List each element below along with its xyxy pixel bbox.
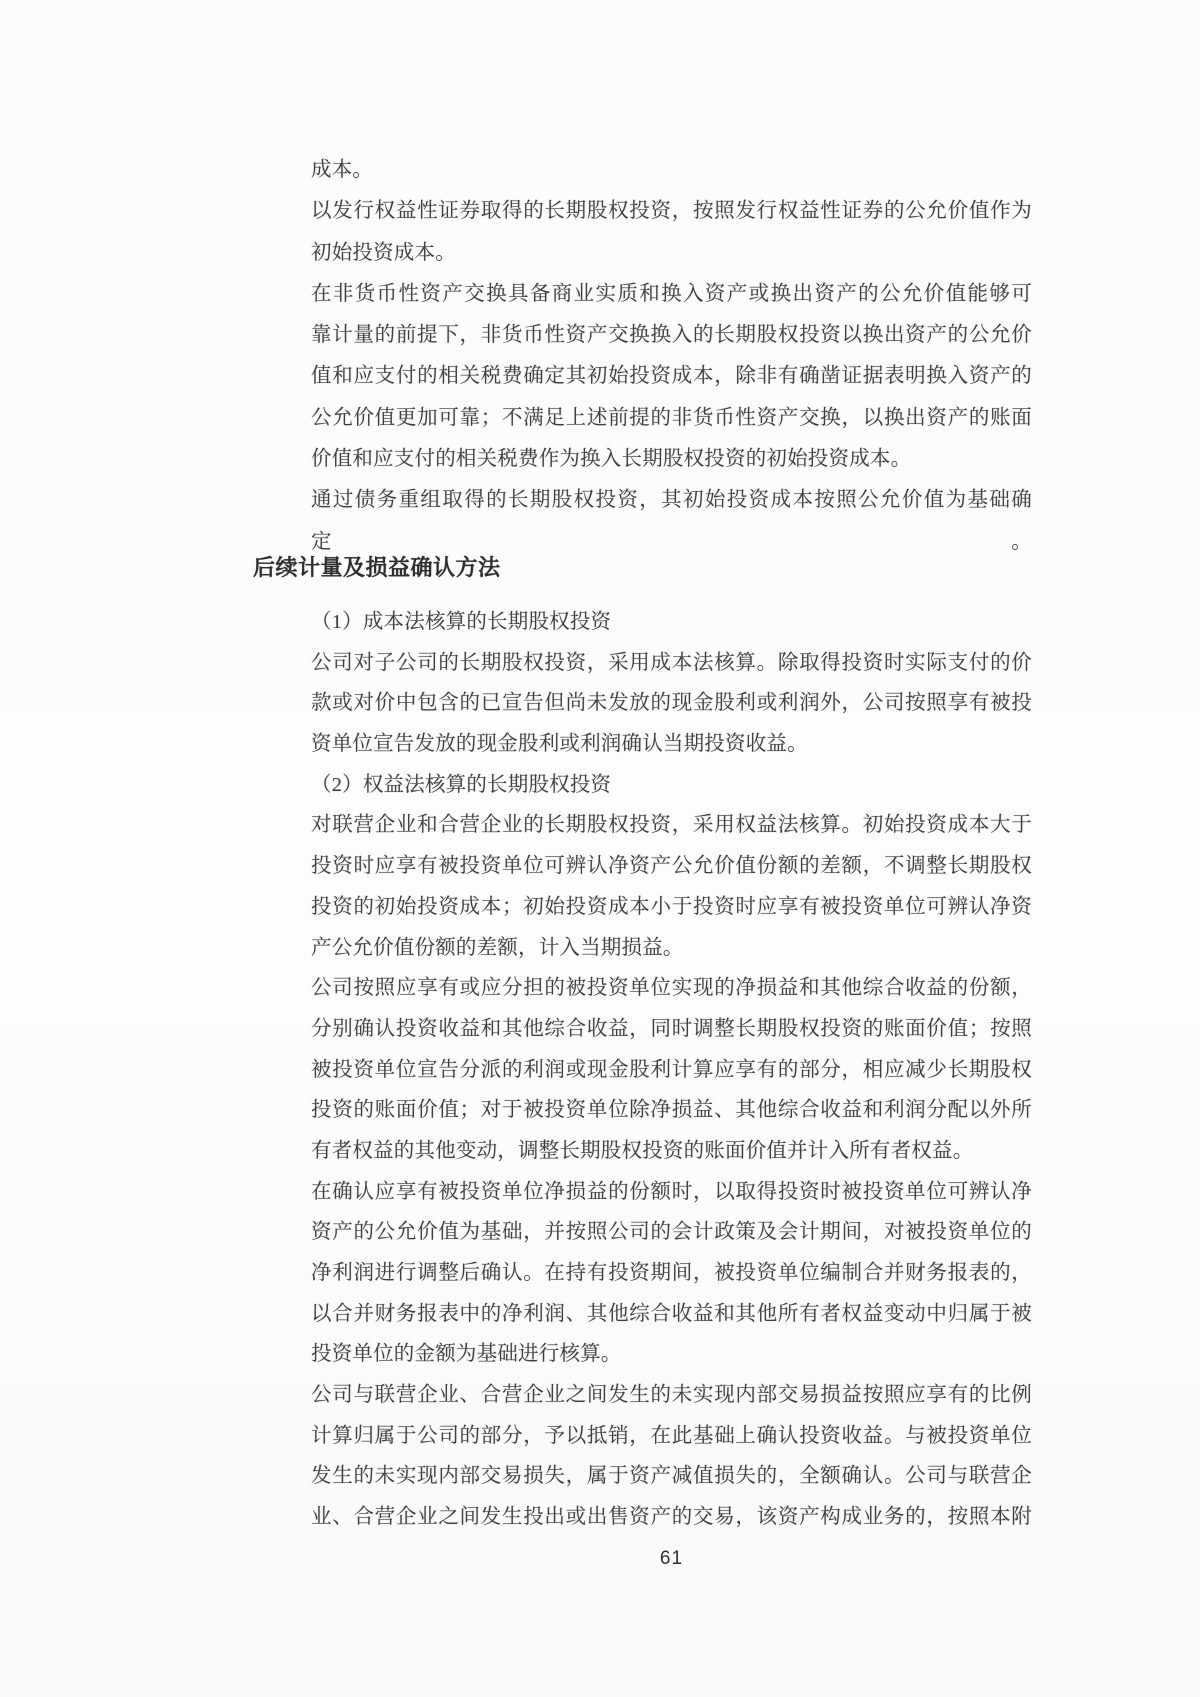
text-line: 价值和应支付的相关税费作为换入长期股权投资的初始投资成本。	[311, 439, 1032, 480]
text-line: 被投资单位宣告分派的利润或现金股利计算应享有的部分，相应减少长期股权	[311, 1050, 1032, 1091]
numbered-item: （2）权益法核算的长期股权投资	[311, 765, 1032, 806]
text-line: 发生的未实现内部交易损失，属于资产减值损失的，全额确认。公司与联营企	[311, 1456, 1032, 1497]
text-line: 资单位宣告发放的现金股利或利润确认当期投资收益。	[311, 724, 1032, 765]
text-line: 净利润进行调整后确认。在持有投资期间，被投资单位编制合并财务报表的，	[311, 1253, 1032, 1294]
text-line: 以发行权益性证券取得的长期股权投资，按照发行权益性证券的公允价值作为	[311, 191, 1032, 232]
text-line: （1）成本法核算的长期股权投资	[311, 602, 1032, 643]
intro-block: 成本。 以发行权益性证券取得的长期股权投资，按照发行权益性证券的公允价值作为 初…	[311, 150, 1032, 522]
paragraph: 在非货币性资产交换具备商业实质和换入资产或换出资产的公允价值能够可 靠计量的前提…	[311, 274, 1032, 480]
text-line: 公司与联营企业、合营企业之间发生的未实现内部交易损益按照应享有的比例	[311, 1375, 1032, 1416]
text-line: 对联营企业和合营企业的长期股权投资，采用权益法核算。初始投资成本大于	[311, 805, 1032, 846]
section-heading: 后续计量及损益确认方法	[253, 553, 501, 583]
text-line: 在确认应享有被投资单位净损益的份额时，以取得投资时被投资单位可辨认净	[311, 1172, 1032, 1213]
paragraph: 以发行权益性证券取得的长期股权投资，按照发行权益性证券的公允价值作为 初始投资成…	[311, 191, 1032, 274]
text-line: （2）权益法核算的长期股权投资	[311, 765, 1032, 806]
section-body: （1）成本法核算的长期股权投资 公司对子公司的长期股权投资，采用成本法核算。除取…	[311, 602, 1032, 1538]
text-line: 值和应支付的相关税费确定其初始投资成本，除非有确凿证据表明换入资产的	[311, 356, 1032, 397]
text-line: 投资单位的金额为基础进行核算。	[311, 1334, 1032, 1375]
text-line: 在非货币性资产交换具备商业实质和换入资产或换出资产的公允价值能够可	[311, 274, 1032, 315]
paragraph: 成本。	[311, 150, 1032, 191]
text-line: 业、合营企业之间发生投出或出售资产的交易，该资产构成业务的，按照本附	[311, 1497, 1032, 1538]
text-line: 通过债务重组取得的长期股权投资，其初始投资成本按照公允价值为基础确定。	[311, 480, 1032, 521]
text-line: 初始投资成本。	[311, 233, 1032, 274]
numbered-item: （1）成本法核算的长期股权投资	[311, 602, 1032, 643]
text-line: 公司对子公司的长期股权投资，采用成本法核算。除取得投资时实际支付的价	[311, 643, 1032, 684]
text-line: 投资的账面价值；对于被投资单位除净损益、其他综合收益和利润分配以外所	[311, 1090, 1032, 1131]
text-line: 产公允价值份额的差额，计入当期损益。	[311, 928, 1032, 969]
text-line: 成本。	[311, 150, 1032, 191]
text-line: 款或对价中包含的已宣告但尚未发放的现金股利或利润外，公司按照享有被投	[311, 683, 1032, 724]
text-line: 分别确认投资收益和其他综合收益，同时调整长期股权投资的账面价值；按照	[311, 1009, 1032, 1050]
page-number: 61	[660, 1548, 683, 1569]
text-line: 投资的初始投资成本；初始投资成本小于投资时应享有被投资单位可辨认净资	[311, 887, 1032, 928]
text-line: 有者权益的其他变动，调整长期股权投资的账面价值并计入所有者权益。	[311, 1131, 1032, 1172]
document-page: 成本。 以发行权益性证券取得的长期股权投资，按照发行权益性证券的公允价值作为 初…	[0, 0, 1200, 1697]
text-line: 公允价值更加可靠；不满足上述前提的非货币性资产交换，以换出资产的账面	[311, 398, 1032, 439]
page-footer: 61	[311, 1548, 1032, 1570]
text-line: 以合并财务报表中的净利润、其他综合收益和其他所有者权益变动中归属于被	[311, 1294, 1032, 1335]
text-line: 靠计量的前提下，非货币性资产交换换入的长期股权投资以换出资产的公允价	[311, 315, 1032, 356]
paragraph: 公司按照应享有或应分担的被投资单位实现的净损益和其他综合收益的份额， 分别确认投…	[311, 968, 1032, 1171]
paragraph: 公司对子公司的长期股权投资，采用成本法核算。除取得投资时实际支付的价 款或对价中…	[311, 643, 1032, 765]
text-line: 资产的公允价值为基础，并按照公司的会计政策及会计期间，对被投资单位的	[311, 1212, 1032, 1253]
paragraph: 通过债务重组取得的长期股权投资，其初始投资成本按照公允价值为基础确定。	[311, 480, 1032, 521]
paragraph: 公司与联营企业、合营企业之间发生的未实现内部交易损益按照应享有的比例 计算归属于…	[311, 1375, 1032, 1538]
text-line: 计算归属于公司的部分，予以抵销，在此基础上确认投资收益。与被投资单位	[311, 1416, 1032, 1457]
paragraph: 在确认应享有被投资单位净损益的份额时，以取得投资时被投资单位可辨认净 资产的公允…	[311, 1172, 1032, 1375]
text-line: 投资时应享有被投资单位可辨认净资产公允价值份额的差额，不调整长期股权	[311, 846, 1032, 887]
text-line: 公司按照应享有或应分担的被投资单位实现的净损益和其他综合收益的份额，	[311, 968, 1032, 1009]
paragraph: 对联营企业和合营企业的长期股权投资，采用权益法核算。初始投资成本大于 投资时应享…	[311, 805, 1032, 968]
